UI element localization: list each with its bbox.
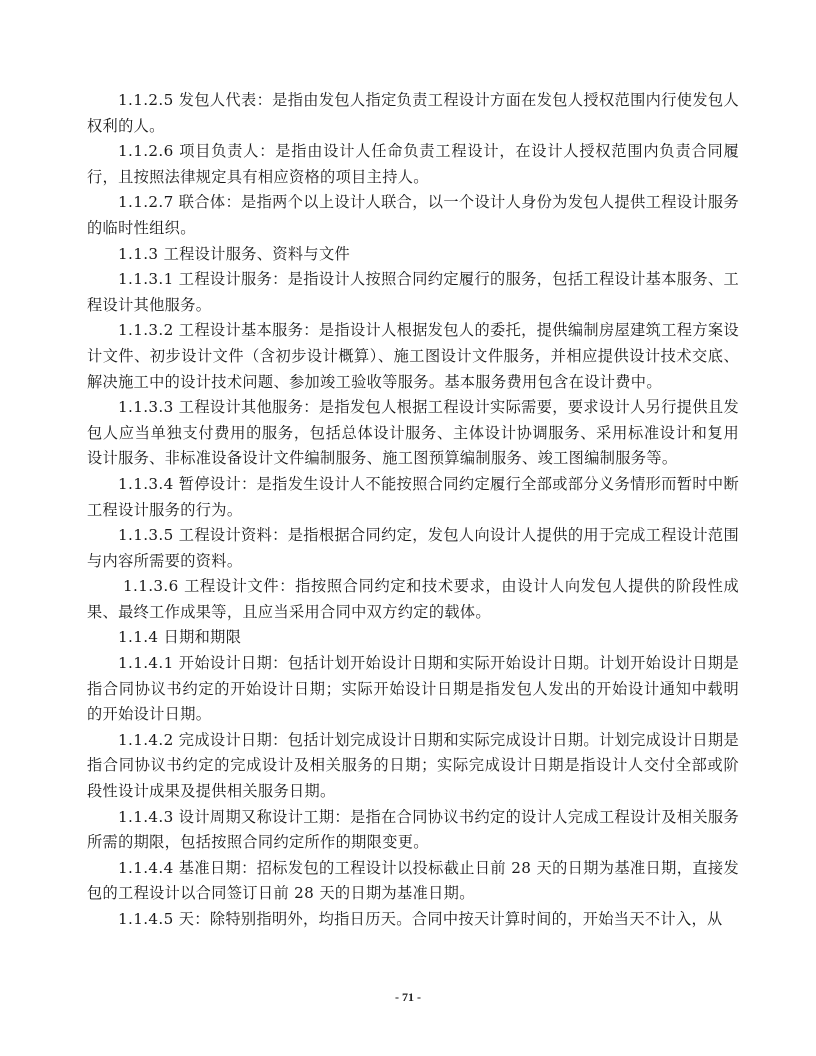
clause-1-1-4-4: 1.1.4.4 基准日期：招标发包的工程设计以投标截止日前 28 天的日期为基准…	[87, 856, 739, 907]
clause-1-1-3-3: 1.1.3.3 工程设计其他服务：是指发包人根据工程设计实际需要，要求设计人另行…	[87, 395, 739, 472]
clause-1-1-2-7: 1.1.2.7 联合体：是指两个以上设计人联合，以一个设计人身份为发包人提供工程…	[87, 190, 739, 241]
clause-1-1-3-2: 1.1.3.2 工程设计基本服务：是指设计人根据发包人的委托，提供编制房屋建筑工…	[87, 318, 739, 395]
clause-1-1-4-2: 1.1.4.2 完成设计日期：包括计划完成设计日期和实际完成设计日期。计划完成设…	[87, 728, 739, 805]
document-page: 1.1.2.5 发包人代表：是指由发包人指定负责工程设计方面在发包人授权范围内行…	[87, 88, 739, 933]
clause-1-1-2-5: 1.1.2.5 发包人代表：是指由发包人指定负责工程设计方面在发包人授权范围内行…	[87, 88, 739, 139]
section-heading-1-1-4: 1.1.4 日期和期限	[87, 625, 739, 651]
clause-1-1-3-4: 1.1.3.4 暂停设计：是指发生设计人不能按照合同约定履行全部或部分义务情形而…	[87, 472, 739, 523]
page-number: - 71 -	[0, 990, 816, 1005]
clause-1-1-3-6: 1.1.3.6 工程设计文件：指按照合同约定和技术要求，由设计人向发包人提供的阶…	[87, 574, 739, 625]
clause-1-1-4-1: 1.1.4.1 开始设计日期：包括计划开始设计日期和实际开始设计日期。计划开始设…	[87, 651, 739, 728]
section-heading-1-1-3: 1.1.3 工程设计服务、资料与文件	[87, 242, 739, 268]
clause-1-1-3-5: 1.1.3.5 工程设计资料：是指根据合同约定，发包人向设计人提供的用于完成工程…	[87, 523, 739, 574]
clause-1-1-2-6: 1.1.2.6 项目负责人：是指由设计人任命负责工程设计，在设计人授权范围内负责…	[87, 139, 739, 190]
clause-1-1-3-1: 1.1.3.1 工程设计服务：是指设计人按照合同约定履行的服务，包括工程设计基本…	[87, 267, 739, 318]
clause-1-1-4-5: 1.1.4.5 天：除特别指明外，均指日历天。合同中按天计算时间的，开始当天不计…	[87, 907, 739, 933]
clause-1-1-4-3: 1.1.4.3 设计周期又称设计工期：是指在合同协议书约定的设计人完成工程设计及…	[87, 805, 739, 856]
